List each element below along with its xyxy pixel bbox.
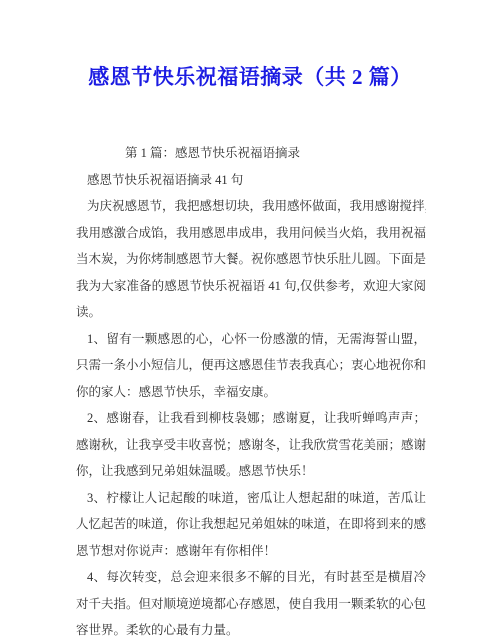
section-heading: 第 1 篇：感恩节快乐祝福语摘录 — [76, 140, 426, 167]
document-page: 感恩节快乐祝福语摘录（共 2 篇） 第 1 篇：感恩节快乐祝福语摘录 感恩节快乐… — [0, 0, 500, 636]
doc-line-item-4-1: 4、每次转变，总会迎来很多不解的目光，有时甚至是横眉冷 — [76, 564, 426, 591]
doc-line-item-2-2: 感谢秋，让我享受丰收喜悦；感谢冬，让我欣赏雪花美丽；感谢 — [76, 432, 426, 459]
doc-line-intro-2: 我用感激合成馅，我用感恩串成串，我用问候当火焰，我用祝福 — [76, 220, 426, 247]
paragraph-list: 感恩节快乐祝福语摘录 41 句为庆祝感恩节，我把感想切块，我用感怀做面，我用感谢… — [76, 167, 426, 636]
doc-line-item-3-1: 3、柠檬让人记起酸的味道，密瓜让人想起甜的味道，苦瓜让 — [76, 485, 426, 512]
doc-line-intro-4: 我为大家准备的感恩节快乐祝福语 41 句,仅供参考，欢迎大家阅 — [76, 273, 426, 300]
doc-line-item-2-1: 2、感谢春，让我看到柳枝袅娜；感谢夏，让我听蝉鸣声声； — [76, 405, 426, 432]
doc-line-intro-3: 当木炭，为你烤制感恩节大餐。祝你感恩节快乐肚儿圆。下面是 — [76, 246, 426, 273]
doc-line-item-1-1: 1、留有一颗感恩的心，心怀一份感激的情，无需海誓山盟， — [76, 326, 426, 353]
doc-line-intro-1: 为庆祝感恩节，我把感想切块，我用感怀做面，我用感谢搅拌， — [76, 193, 426, 220]
document-body: 第 1 篇：感恩节快乐祝福语摘录 感恩节快乐祝福语摘录 41 句为庆祝感恩节，我… — [76, 140, 426, 636]
doc-line-item-1-2: 只需一条小小短信儿，便再这感恩佳节表我真心；衷心地祝你和 — [76, 352, 426, 379]
doc-line-item-3-3: 恩节想对你说声：感谢年有你相伴！ — [76, 538, 426, 565]
doc-line-item-3-2: 人忆起苦的味道，你让我想起兄弟姐妹的味道，在即将到来的感 — [76, 511, 426, 538]
doc-line-intro-5: 读。 — [76, 299, 426, 326]
doc-line-item-2-3: 你，让我感到兄弟姐妹温暖。感恩节快乐！ — [76, 458, 426, 485]
doc-line-item-4-3: 容世界。柔软的心最有力量。 — [76, 617, 426, 636]
doc-line-item-4-2: 对千夫指。但对顺境逆境都心存感恩，使自我用一颗柔软的心包 — [76, 591, 426, 618]
doc-line-subtitle-1: 感恩节快乐祝福语摘录 41 句 — [76, 167, 426, 194]
document-title: 感恩节快乐祝福语摘录（共 2 篇） — [0, 0, 500, 92]
doc-line-item-1-3: 你的家人：感恩节快乐，幸福安康。 — [76, 379, 426, 406]
